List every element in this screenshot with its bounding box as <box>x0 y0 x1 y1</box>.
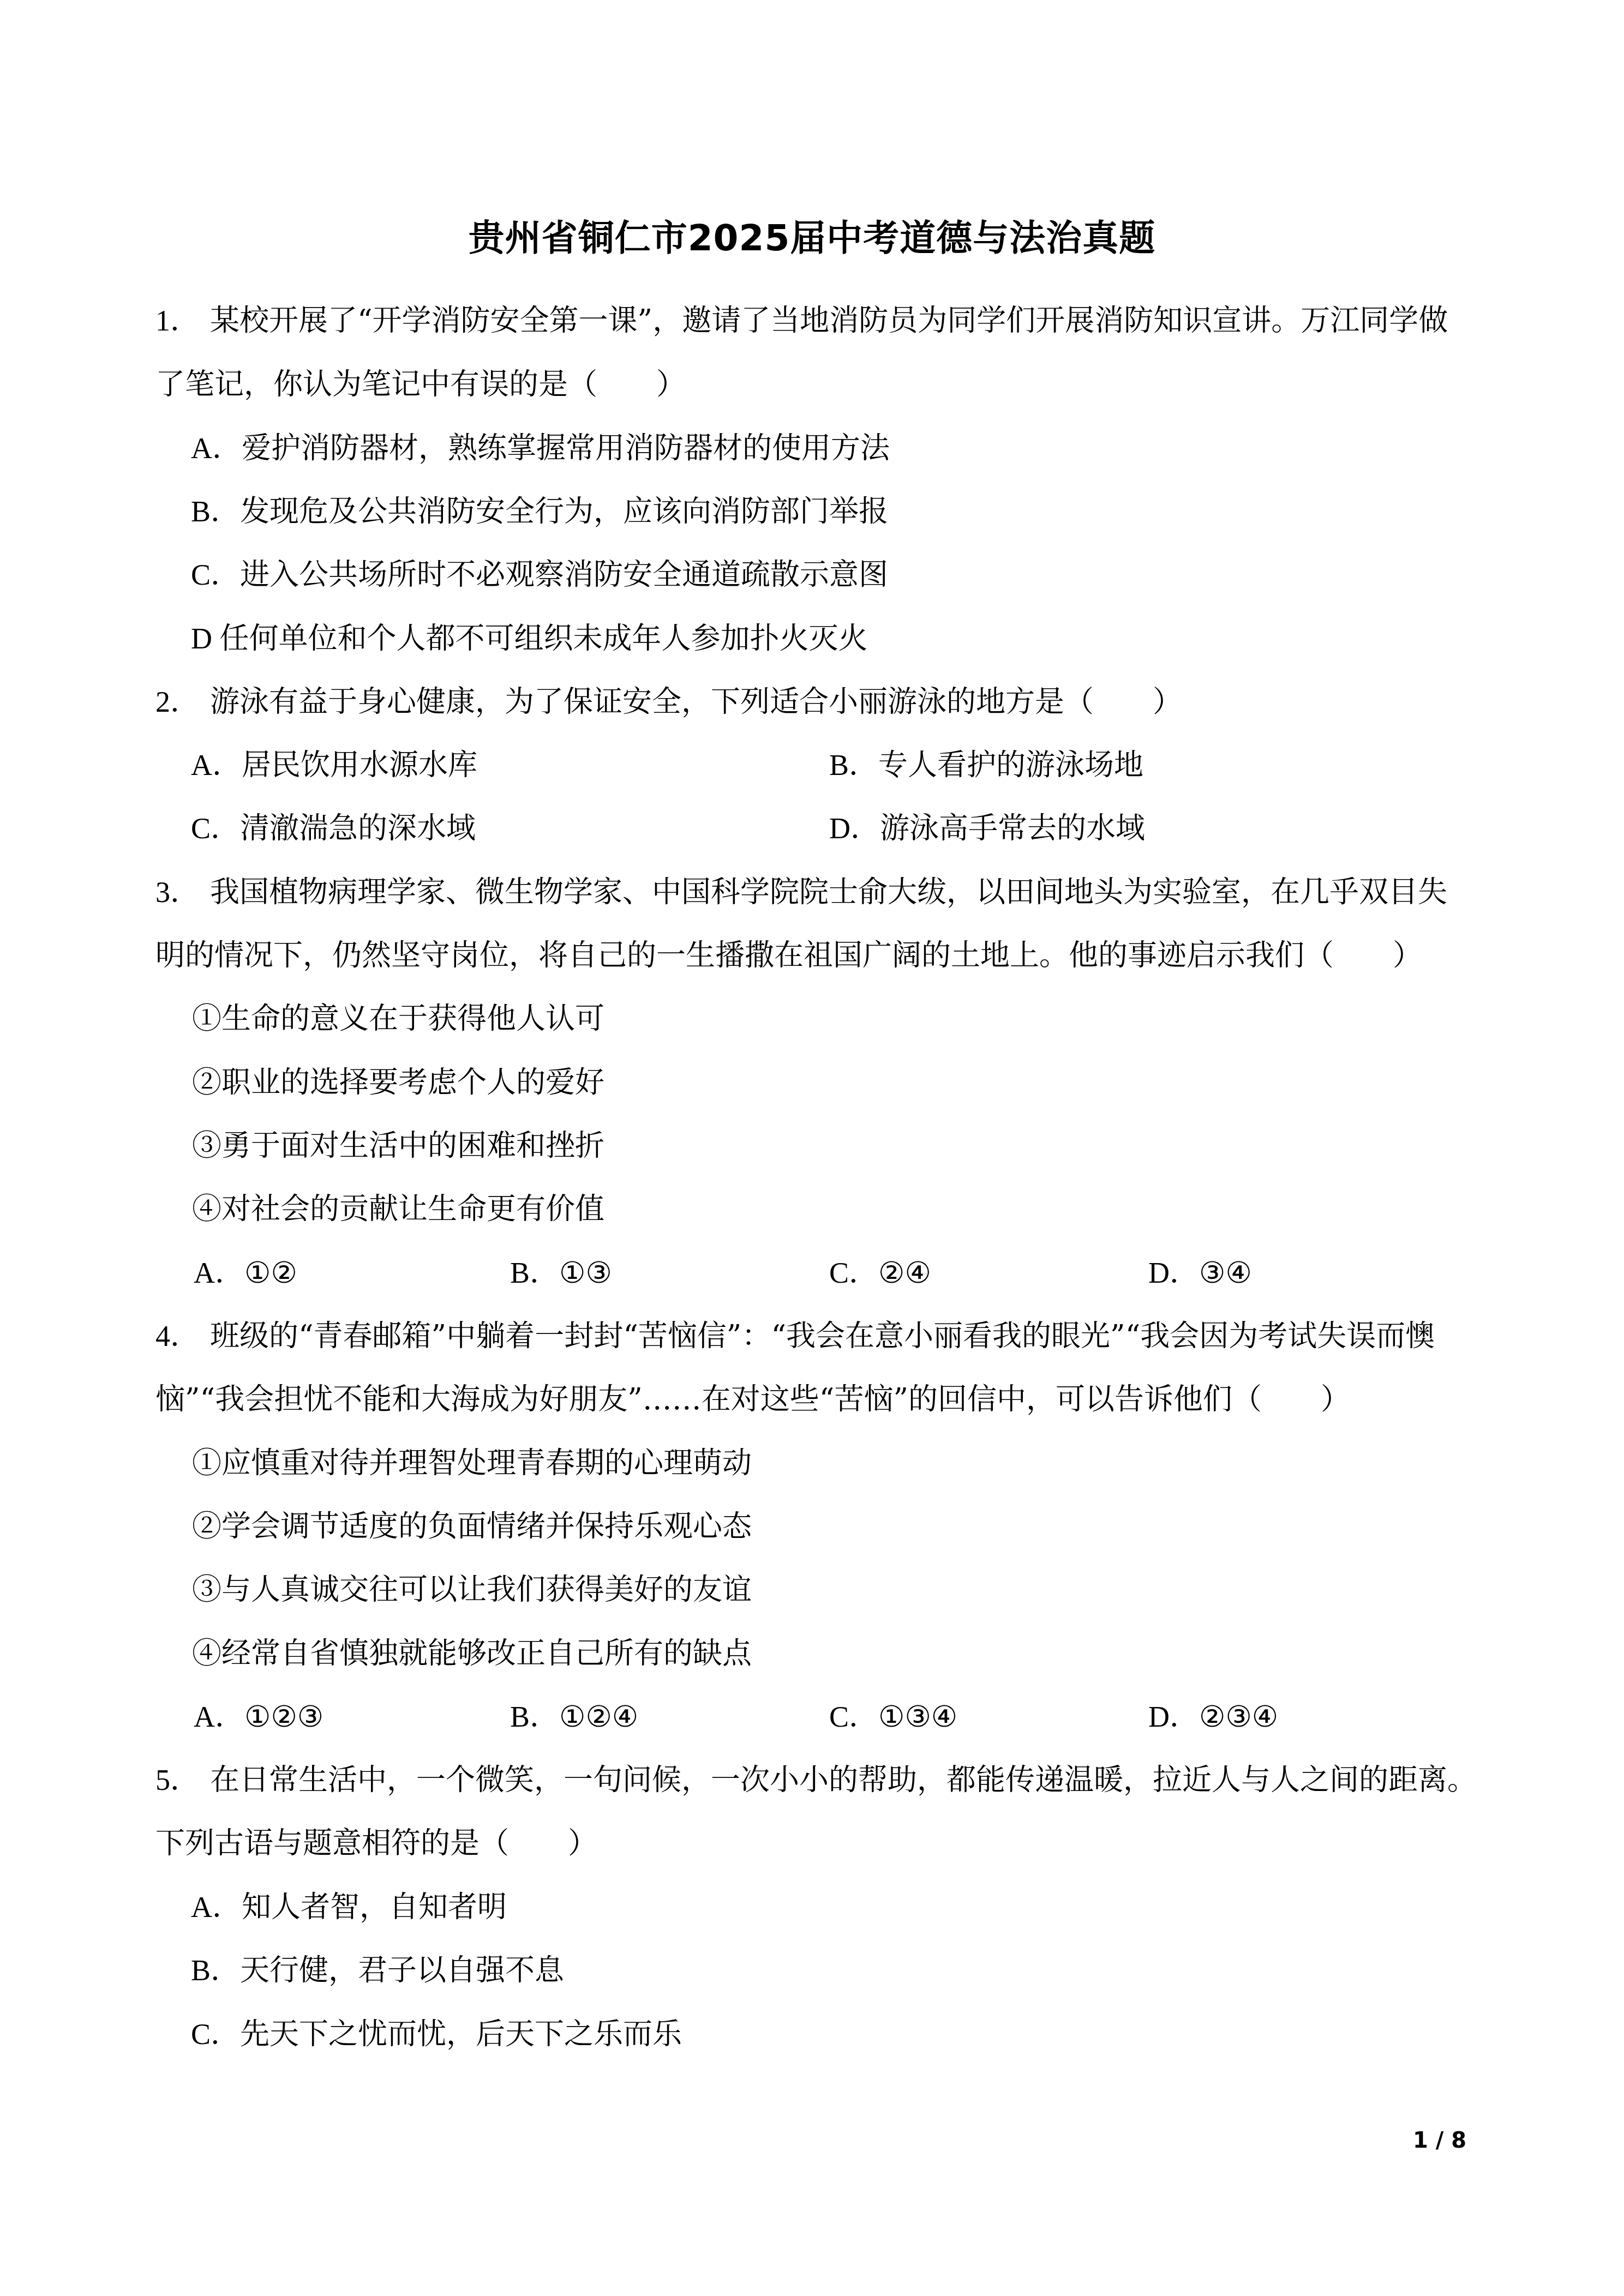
stem-text: 班级的“青春邮箱”中躺着一封封“苦恼信”：“我会在意小丽看我的眼光”“我会因为考… <box>210 1319 1435 1353</box>
question-number: 4． <box>155 1314 210 1358</box>
question-4-statement-4: ④经常自省慎独就能够改正自己所有的缺点 <box>192 1632 752 1675</box>
question-2-option-a[interactable]: A．居民饮用水源水库 <box>191 743 477 787</box>
option-label: D． <box>1148 1257 1199 1289</box>
option-label: D <box>191 622 220 655</box>
option-label: A． <box>194 1257 244 1289</box>
option-label: D． <box>829 812 880 845</box>
question-4-statement-1: ①应慎重对待并理智处理青春期的心理萌动 <box>192 1441 752 1485</box>
page-title: 贵州省铜仁市2025届中考道德与法治真题 <box>0 214 1624 263</box>
option-text: 知人者智，自知者明 <box>242 1890 507 1924</box>
question-3-stem-line-1: 3．我国植物病理学家、微生物学家、中国科学院院士俞大绂，以田间地头为实验室，在几… <box>155 870 1447 914</box>
option-label: B． <box>829 749 878 782</box>
option-label: C． <box>191 812 240 845</box>
stem-text: 游泳有益于身心健康，为了保证安全，下列适合小丽游泳的地方是（ ） <box>210 684 1182 719</box>
question-3-statement-1: ①生命的意义在于获得他人认可 <box>192 997 604 1041</box>
option-text: ①②③ <box>244 1699 323 1734</box>
question-5-option-c[interactable]: C．先天下之忧而忧，后天下之乐而乐 <box>191 2012 682 2056</box>
question-3-statement-2: ②职业的选择要考虑个人的爱好 <box>192 1061 604 1104</box>
question-2-option-b[interactable]: B．专人看护的游泳场地 <box>829 743 1143 787</box>
question-5-option-a[interactable]: A．知人者智，自知者明 <box>191 1885 507 1929</box>
question-3-statement-3: ③勇于面对生活中的困难和挫折 <box>192 1124 604 1168</box>
option-label: C． <box>829 1700 878 1733</box>
option-text: 天行健，君子以自强不息 <box>240 1953 564 1987</box>
question-number: 1． <box>155 299 210 342</box>
question-3-stem-line-2: 明的情况下，仍然坚守岗位，将自己的一生播撒在祖国广阔的土地上。他的事迹启示我们（… <box>155 934 1422 977</box>
option-text: 进入公共场所时不必观察消防安全通道疏散示意图 <box>240 557 888 592</box>
option-text: 清澈湍急的深水域 <box>240 811 476 845</box>
question-3-option-b[interactable]: B．①③ <box>510 1251 612 1295</box>
question-4-option-b[interactable]: B．①②④ <box>510 1695 638 1739</box>
question-4-stem-line-2: 恼”“我会担忧不能和大海成为好朋友”……在对这些“苦恼”的回信中，可以告诉他们（… <box>155 1378 1350 1421</box>
question-4-option-a[interactable]: A．①②③ <box>194 1695 323 1739</box>
stem-text: 我国植物病理学家、微生物学家、中国科学院院士俞大绂，以田间地头为实验室，在几乎双… <box>210 875 1447 909</box>
question-1-option-d[interactable]: D 任何单位和个人都不可组织未成年人参加扑火灭火 <box>191 617 868 660</box>
question-3-option-d[interactable]: D．③④ <box>1148 1251 1252 1295</box>
question-4-option-d[interactable]: D．②③④ <box>1148 1695 1278 1739</box>
option-label: C． <box>829 1257 878 1289</box>
option-text: 任何单位和个人都不可组织未成年人参加扑火灭火 <box>220 621 868 656</box>
question-4-statement-3: ③与人真诚交往可以让我们获得美好的友谊 <box>192 1568 752 1612</box>
page-number: 1 / 8 <box>1413 2124 1466 2157</box>
option-label: B． <box>510 1700 559 1733</box>
question-number: 3． <box>155 870 210 914</box>
option-text: ①② <box>244 1255 297 1290</box>
option-text: 先天下之忧而忧，后天下之乐而乐 <box>240 2017 682 2051</box>
option-label: A． <box>191 432 242 465</box>
exam-page: 贵州省铜仁市2025届中考道德与法治真题 1．某校开展了“开学消防安全第一课”，… <box>0 0 1624 2296</box>
option-label: C． <box>191 558 240 591</box>
option-text: ②④ <box>878 1255 931 1290</box>
option-label: A． <box>194 1700 244 1733</box>
option-label: B． <box>191 495 240 528</box>
stem-text: 某校开展了“开学消防安全第一课”，邀请了当地消防员为同学们开展消防知识宣讲。万江… <box>210 303 1448 338</box>
option-text: ②③④ <box>1199 1699 1278 1734</box>
option-label: A． <box>191 749 242 782</box>
question-3-statement-4: ④对社会的贡献让生命更有价值 <box>192 1187 604 1231</box>
question-2-option-d[interactable]: D．游泳高手常去的水域 <box>829 807 1145 850</box>
option-label: A． <box>191 1891 242 1924</box>
option-text: 专人看护的游泳场地 <box>878 748 1143 782</box>
option-text: ①②④ <box>559 1699 638 1734</box>
question-1-stem-line-2: 了笔记，你认为笔记中有误的是（ ） <box>155 363 686 406</box>
option-text: 游泳高手常去的水域 <box>880 811 1145 845</box>
option-text: ①③④ <box>878 1699 957 1734</box>
question-5-stem-line-2: 下列古语与题意相符的是（ ） <box>155 1822 597 1865</box>
question-3-option-c[interactable]: C．②④ <box>829 1251 931 1295</box>
option-label: D． <box>1148 1700 1199 1733</box>
question-1-option-a[interactable]: A．爱护消防器材，熟练掌握常用消防器材的使用方法 <box>191 426 890 470</box>
question-5-stem-line-1: 5．在日常生活中，一个微笑，一句问候，一次小小的帮助，都能传递温暖，拉近人与人之… <box>155 1758 1477 1802</box>
question-5-option-b[interactable]: B．天行健，君子以自强不息 <box>191 1949 564 1992</box>
question-number: 2． <box>155 680 210 724</box>
question-1-stem-line-1: 1．某校开展了“开学消防安全第一课”，邀请了当地消防员为同学们开展消防知识宣讲。… <box>155 299 1448 342</box>
option-text: 爱护消防器材，熟练掌握常用消防器材的使用方法 <box>242 431 890 465</box>
option-label: C． <box>191 2018 240 2051</box>
question-2-stem-line-1: 2．游泳有益于身心健康，为了保证安全，下列适合小丽游泳的地方是（ ） <box>155 680 1182 724</box>
option-label: B． <box>191 1954 240 1987</box>
question-3-option-a[interactable]: A．①② <box>194 1251 297 1295</box>
question-1-option-c[interactable]: C．进入公共场所时不必观察消防安全通道疏散示意图 <box>191 553 888 597</box>
option-text: ①③ <box>559 1255 612 1290</box>
option-text: ③④ <box>1199 1255 1252 1290</box>
option-text: 居民饮用水源水库 <box>242 748 477 782</box>
option-text: 发现危及公共消防安全行为，应该向消防部门举报 <box>240 494 888 528</box>
question-4-statement-2: ②学会调节适度的负面情绪并保持乐观心态 <box>192 1505 752 1548</box>
question-number: 5． <box>155 1758 210 1802</box>
question-4-option-c[interactable]: C．①③④ <box>829 1695 957 1739</box>
question-2-option-c[interactable]: C．清澈湍急的深水域 <box>191 807 476 850</box>
question-1-option-b[interactable]: B．发现危及公共消防安全行为，应该向消防部门举报 <box>191 490 888 533</box>
stem-text: 在日常生活中，一个微笑，一句问候，一次小小的帮助，都能传递温暖，拉近人与人之间的… <box>210 1763 1477 1797</box>
option-label: B． <box>510 1257 559 1289</box>
question-4-stem-line-1: 4．班级的“青春邮箱”中躺着一封封“苦恼信”：“我会在意小丽看我的眼光”“我会因… <box>155 1314 1435 1358</box>
